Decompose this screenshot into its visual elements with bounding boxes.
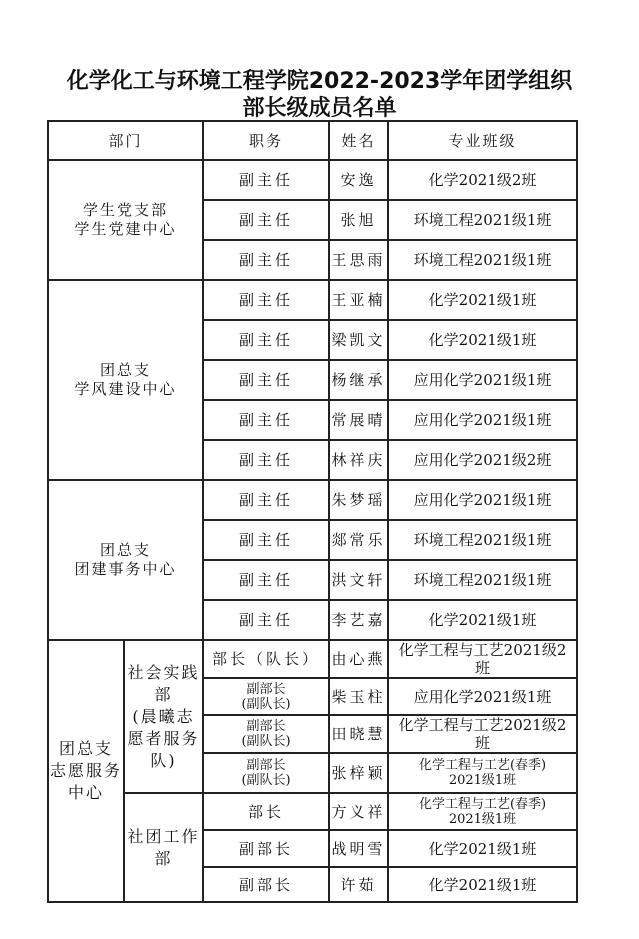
position-line: (副队长) [204,773,328,788]
table-header-row: 部门 职务 姓名 专业班级 [48,121,577,160]
class-cell: 化学2021级1班 [388,600,577,640]
department-line: 志愿服务 [49,760,123,782]
department-line: 团总支 [49,361,202,380]
name-cell: 战明雪 [329,830,388,867]
class-cell: 化学2021级2班 [388,160,577,200]
position-line: (副队长) [204,697,328,712]
class-cell: 化学工程与工艺(春季) 2021级1班 [388,753,577,793]
department-line: 学风建设中心 [49,380,202,399]
department-line: 团建事务中心 [49,560,202,579]
document-title-line2: 部长级成员名单 [0,91,639,122]
class-cell: 应用化学2021级1班 [388,360,577,400]
department-line: 学生党支部 [49,201,202,220]
subdepartment-line: 队) [125,750,202,772]
department-cell: 团总支 团建事务中心 [48,480,203,640]
position-cell: 副主任 [203,240,329,280]
header-name: 姓名 [329,121,388,160]
header-department: 部门 [48,121,203,160]
position-cell: 副主任 [203,160,329,200]
class-line: 化学工程与工艺2021级2 [389,716,576,734]
position-cell: 部长（队长） [203,640,329,678]
class-cell: 环境工程2021级1班 [388,520,577,560]
position-cell: 副主任 [203,400,329,440]
department-line: 学生党建中心 [49,220,202,239]
position-cell: 副部长 [203,867,329,902]
class-cell: 应用化学2021级2班 [388,440,577,480]
position-line: 部长 [204,803,328,821]
subdepartment-line: 社团工作 [125,826,202,848]
class-line: 班 [389,734,576,752]
position-cell: 副部长 (副队长) [203,753,329,793]
table-row: 社团工作 部 部长 方义祥 化学工程与工艺(春季) 2021级1班 [48,793,577,830]
position-cell: 部长 [203,793,329,830]
position-line: 副部长 [204,840,328,858]
table-row: 团总支 学风建设中心 副主任 王亚楠 化学2021级1班 [48,280,577,320]
class-cell: 化学2021级1班 [388,320,577,360]
name-cell: 林祥庆 [329,440,388,480]
position-cell: 副主任 [203,280,329,320]
subdepartment-line: 社会实践 [125,662,202,684]
position-line: 副部长 [204,758,328,773]
position-cell: 副部长 [203,830,329,867]
header-position: 职务 [203,121,329,160]
class-cell: 应用化学2021级1班 [388,480,577,520]
class-cell: 应用化学2021级1班 [388,400,577,440]
class-cell: 化学工程与工艺(春季) 2021级1班 [388,793,577,830]
name-cell: 由心燕 [329,640,388,678]
name-cell: 张旭 [329,200,388,240]
position-line: 部长（队长） [204,650,328,668]
position-cell: 副主任 [203,200,329,240]
name-cell: 郯常乐 [329,520,388,560]
position-line: 副部长 [204,876,328,894]
name-cell: 许茹 [329,867,388,902]
class-line: 化学工程与工艺2021级2 [389,641,576,659]
name-cell: 王思雨 [329,240,388,280]
table-row: 团总支 志愿服务 中心 社会实践 部 (晨曦志 愿者服务 队) 部长（队长） 由… [48,640,577,678]
name-cell: 张梓颖 [329,753,388,793]
department-cell: 团总支 学风建设中心 [48,280,203,480]
class-line: 化学工程与工艺(春季) [389,797,576,812]
class-line: 2021级1班 [389,773,576,788]
subdepartment-cell: 社团工作 部 [124,793,203,902]
department-line: 团总支 [49,541,202,560]
name-cell: 杨继承 [329,360,388,400]
class-cell: 应用化学2021级1班 [388,678,577,715]
subdepartment-cell: 社会实践 部 (晨曦志 愿者服务 队) [124,640,203,793]
position-line: 副部长 [204,719,328,734]
name-cell: 方义祥 [329,793,388,830]
position-cell: 副主任 [203,440,329,480]
position-cell: 副主任 [203,360,329,400]
member-table: 部门 职务 姓名 专业班级 学生党支部 学生党建中心 副主任 安逸 化学2021… [47,120,578,903]
class-line: 2021级1班 [389,812,576,827]
subdepartment-line: 部 [125,848,202,870]
class-cell: 化学2021级1班 [388,280,577,320]
position-line: (副队长) [204,734,328,749]
class-cell: 化学工程与工艺2021级2 班 [388,715,577,753]
position-line: 副部长 [204,682,328,697]
name-cell: 田晓慧 [329,715,388,753]
class-line: 应用化学2021级1班 [389,688,576,706]
class-cell: 化学2021级1班 [388,830,577,867]
class-cell: 环境工程2021级1班 [388,240,577,280]
header-class: 专业班级 [388,121,577,160]
class-cell: 化学2021级1班 [388,867,577,902]
name-cell: 王亚楠 [329,280,388,320]
table-row: 团总支 团建事务中心 副主任 朱梦瑶 应用化学2021级1班 [48,480,577,520]
name-cell: 柴玉柱 [329,678,388,715]
department-cell: 团总支 志愿服务 中心 [48,640,124,902]
class-line: 化学2021级1班 [389,840,576,858]
name-cell: 李艺嘉 [329,600,388,640]
position-cell: 副主任 [203,520,329,560]
name-cell: 洪文轩 [329,560,388,600]
subdepartment-line: (晨曦志 [125,706,202,728]
department-line: 中心 [49,782,123,804]
position-cell: 副主任 [203,320,329,360]
subdepartment-line: 部 [125,684,202,706]
class-cell: 环境工程2021级1班 [388,560,577,600]
class-line: 班 [389,659,576,677]
class-line: 化学2021级1班 [389,876,576,894]
department-cell: 学生党支部 学生党建中心 [48,160,203,280]
position-cell: 副部长 (副队长) [203,715,329,753]
name-cell: 朱梦瑶 [329,480,388,520]
position-cell: 副主任 [203,480,329,520]
class-line: 化学工程与工艺(春季) [389,758,576,773]
class-cell: 环境工程2021级1班 [388,200,577,240]
position-cell: 副主任 [203,600,329,640]
subdepartment-line: 愿者服务 [125,728,202,750]
class-cell: 化学工程与工艺2021级2 班 [388,640,577,678]
department-line: 团总支 [49,738,123,760]
position-cell: 副主任 [203,560,329,600]
position-cell: 副部长 (副队长) [203,678,329,715]
name-cell: 安逸 [329,160,388,200]
table-row: 学生党支部 学生党建中心 副主任 安逸 化学2021级2班 [48,160,577,200]
name-cell: 梁凯文 [329,320,388,360]
name-cell: 常展晴 [329,400,388,440]
